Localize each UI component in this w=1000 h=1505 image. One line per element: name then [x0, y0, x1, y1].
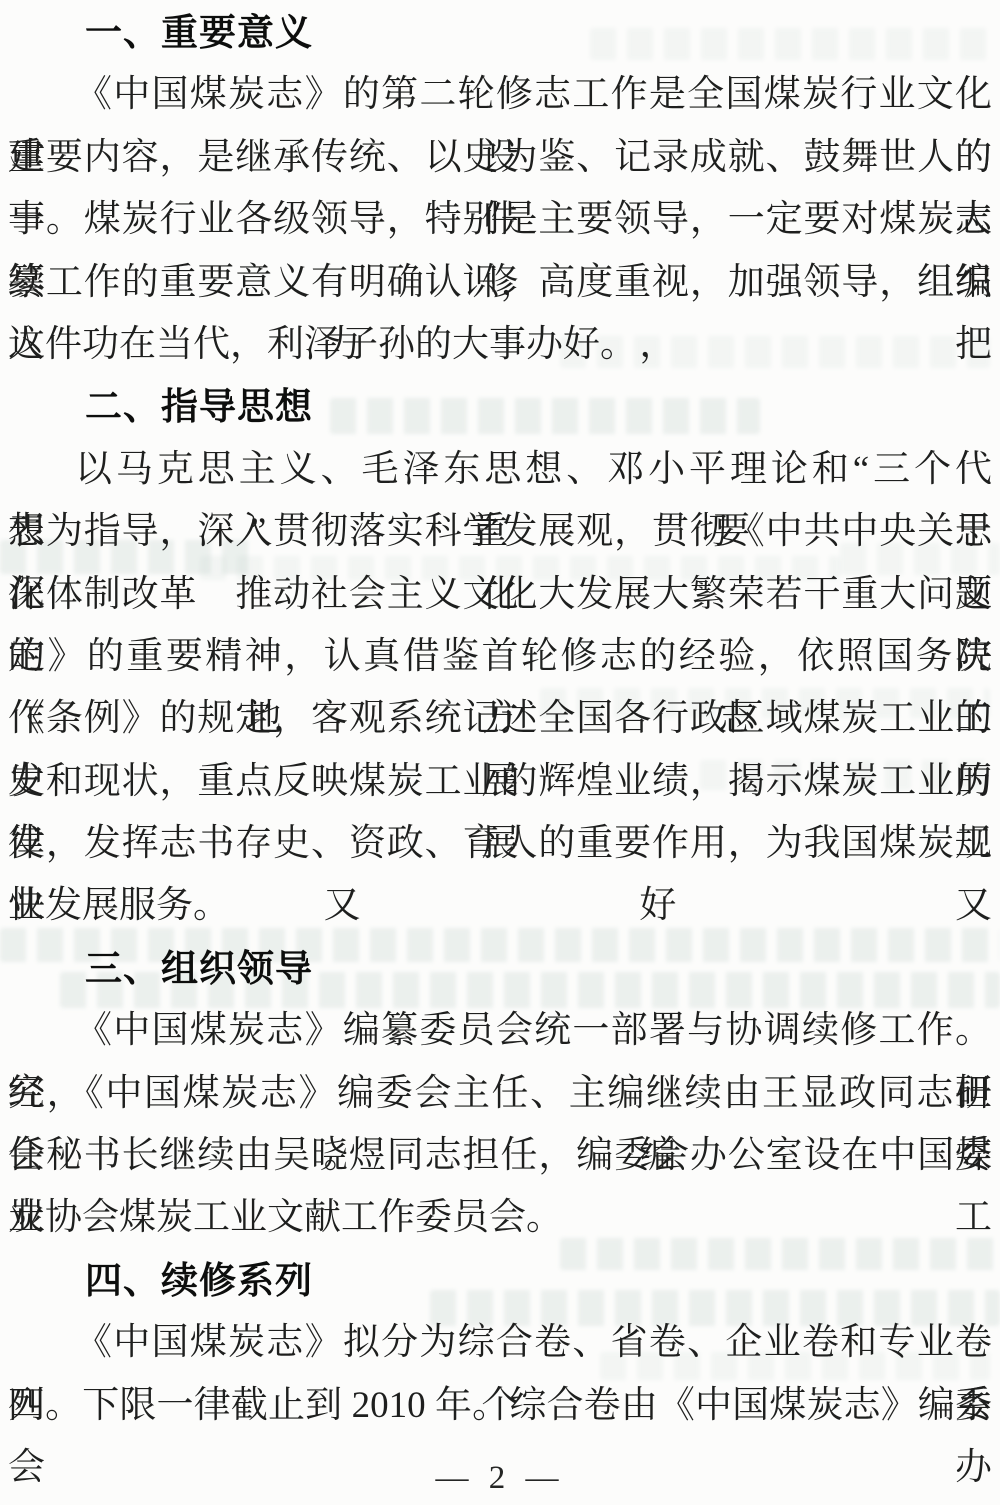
paragraph-line: 史和现状，重点反映煤炭工业的辉煌业绩，揭示煤炭工业的发展规: [8, 751, 992, 813]
paragraph-line: 想为指导，深入贯彻落实科学发展观，贯彻《中共中央关于深化文: [8, 501, 992, 563]
section-3-heading: 三、组织领导: [8, 938, 992, 1000]
page-body: 一、重要意义 《中国煤炭志》的第二轮修志工作是全国煤炭行业文化建设的 重要内容，…: [0, 0, 1000, 1505]
paragraph-line: 会秘书长继续由吴晓煜同志担任，编委会办公室设在中国煤炭工: [8, 1125, 992, 1187]
section-4-heading: 四、续修系列: [8, 1250, 992, 1312]
paragraph-line: 事。煤炭行业各级领导，特别是主要领导，一定要对煤炭志续修编: [8, 189, 992, 251]
section-2-heading: 二、指导思想: [8, 376, 992, 438]
paragraph-line: 以马克思主义、毛泽东思想、邓小平理论和“三个代表”重要思: [8, 439, 992, 501]
paragraph-line: 《中国煤炭志》的第二轮修志工作是全国煤炭行业文化建设的: [8, 64, 992, 126]
paragraph-line: 作条例》的规定，客观系统记述全国各行政区域煤炭工业的发展历: [8, 688, 992, 750]
paragraph-line: 《中国煤炭志》拟分为综合卷、省卷、企业卷和专业卷四个系: [8, 1312, 992, 1374]
paragraph-line: 化体制改革 推动社会主义文化大发展大繁荣若干重大问题的决: [8, 564, 992, 626]
scanned-document-page: { "document": { "sections": [ { "heading…: [0, 0, 1000, 1505]
paragraph-line: 重要内容，是继承传统、以史为鉴、记录成就、鼓舞世人的一件大: [8, 127, 992, 189]
paragraph-line: 定》的重要精神，认真借鉴首轮修志的经验，依照国务院《地方志工: [8, 626, 992, 688]
paragraph-line: 《中国煤炭志》编纂委员会统一部署与协调续修工作。经研: [8, 1000, 992, 1062]
section-1-heading: 一、重要意义: [8, 2, 992, 64]
paragraph-line: 律，发挥志书存史、资政、育人的重要作用，为我国煤炭工业又好又: [8, 813, 992, 875]
paragraph-line: 究，《中国煤炭志》编委会主任、主编继续由王显政同志担任。编委: [8, 1063, 992, 1125]
paragraph-line: 列。下限一律截止到 2010 年。综合卷由《中国煤炭志》编委会办: [8, 1375, 992, 1437]
paragraph-line: 纂工作的重要意义有明确认识，高度重视，加强领导，组织人力，把: [8, 252, 992, 314]
